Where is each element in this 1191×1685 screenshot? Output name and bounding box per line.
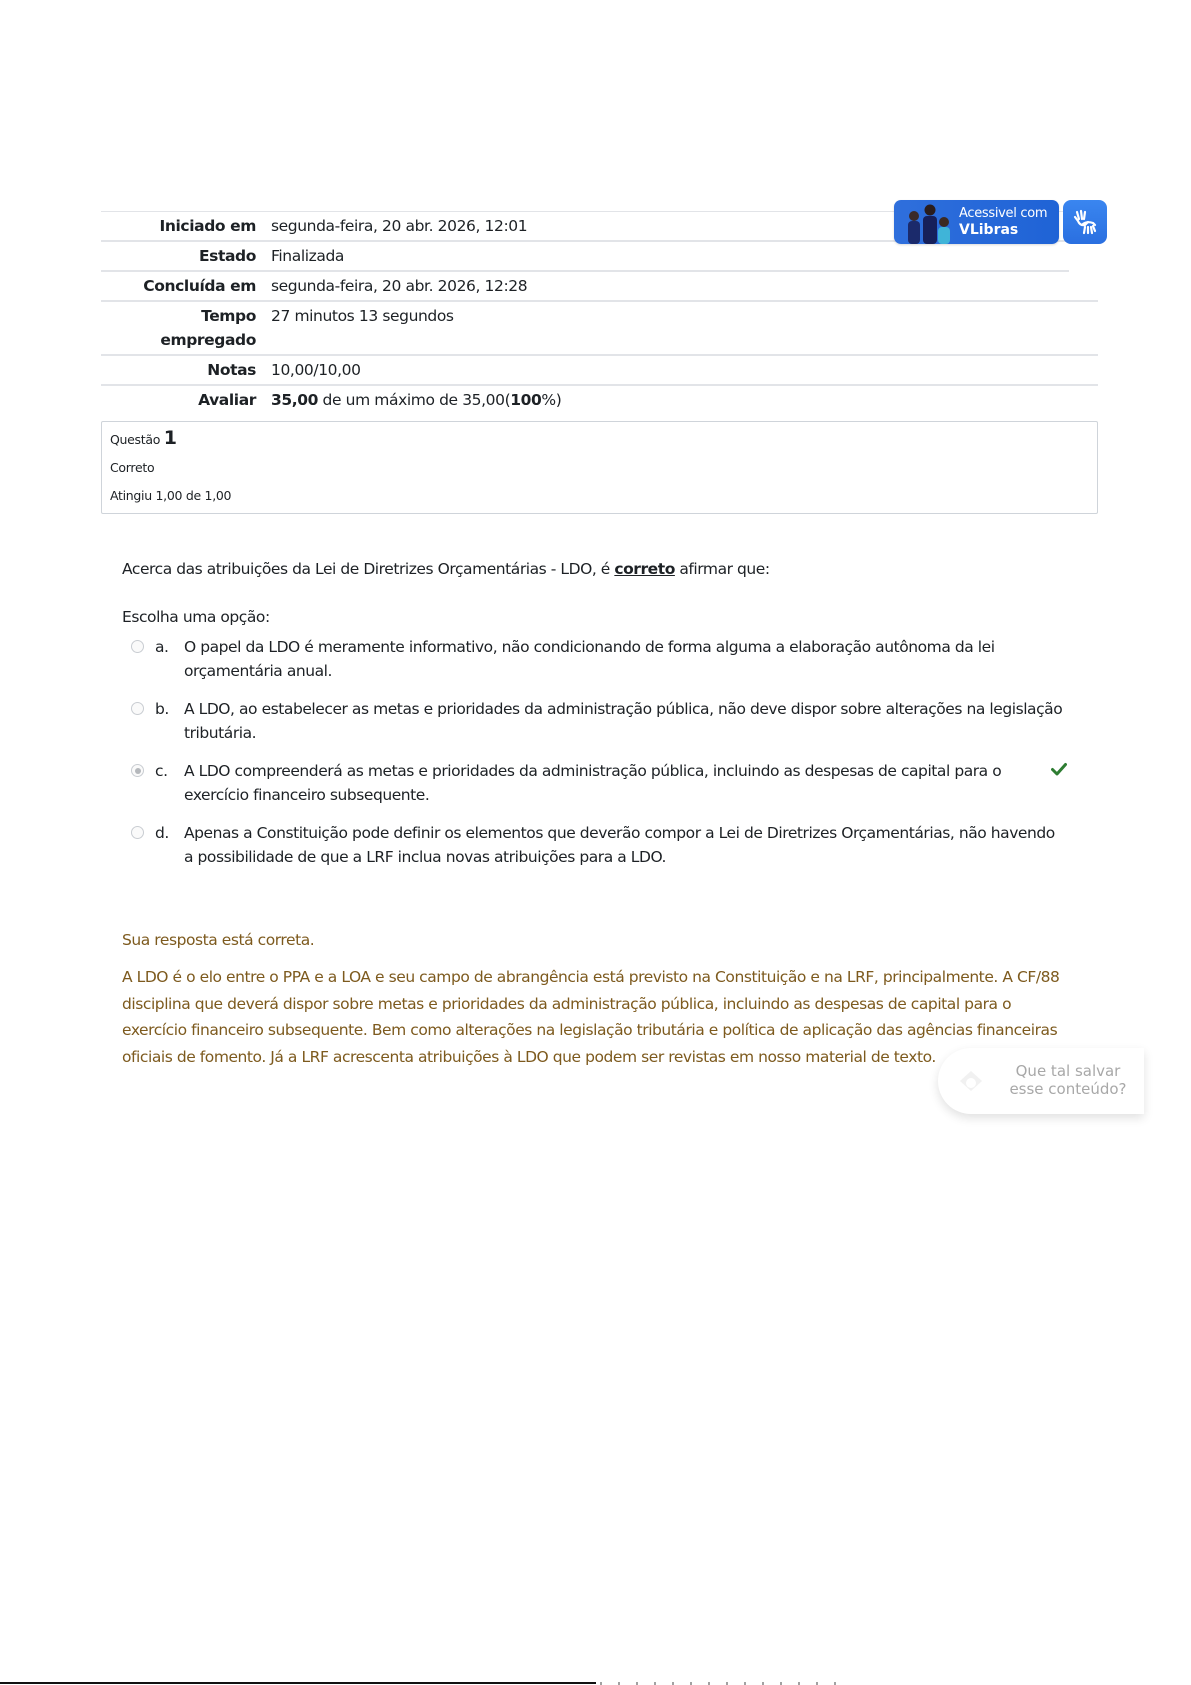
- vlibras-line2: VLibras: [959, 222, 1018, 238]
- correct-check-icon: [1051, 762, 1067, 776]
- page-bottom-divider: [0, 1682, 596, 1684]
- option-text: A LDO compreenderá as metas e prioridade…: [184, 759, 1064, 807]
- question-number-value: 1: [164, 427, 177, 449]
- question-text-part: afirmar que:: [675, 560, 770, 578]
- summary-value: 35,00 de um máximo de 35,00(100%): [271, 386, 1098, 414]
- summary-label: Notas: [101, 356, 271, 384]
- summary-value: Finalizada: [271, 242, 1098, 270]
- option-text: A LDO, ao estabelecer as metas e priorid…: [184, 697, 1064, 745]
- radio-button[interactable]: [131, 702, 144, 715]
- option-letter: a.: [155, 635, 169, 659]
- vlibras-line1: Acessivel com: [959, 206, 1047, 221]
- feedback-explanation: A LDO é o elo entre o PPA e a LOA e seu …: [122, 964, 1062, 1070]
- grade-end: %): [541, 391, 561, 409]
- bookmark-home-icon: [956, 1066, 986, 1096]
- question-text-part: Acerca das atribuições da Lei de Diretri…: [122, 560, 614, 578]
- option-text: O papel da LDO é meramente informativo, …: [184, 635, 1064, 683]
- sign-language-icon: [1071, 208, 1099, 236]
- summary-row-completed: Concluída em segunda-feira, 20 abr. 2026…: [101, 270, 1069, 300]
- question-number: Questão 1: [110, 427, 177, 449]
- vlibras-button[interactable]: Acessivel com VLibras: [894, 200, 1059, 244]
- summary-value: 10,00/10,00: [271, 356, 1098, 384]
- radio-button[interactable]: [131, 826, 144, 839]
- question-grade: Atingiu 1,00 de 1,00: [110, 488, 231, 503]
- summary-label: Estado: [101, 242, 271, 270]
- sign-language-button[interactable]: [1063, 200, 1107, 244]
- summary-label-line2: empregado: [160, 331, 256, 349]
- option-text: Apenas a Constituição pode definir os el…: [184, 821, 1064, 869]
- save-content-widget[interactable]: Que tal salvar esse conteúdo?: [938, 1048, 1144, 1114]
- grade-mid: de um máximo de 35,00(: [318, 391, 510, 409]
- summary-value: segunda-feira, 20 abr. 2026, 12:28: [271, 272, 1069, 300]
- summary-row-grade: Avaliar 35,00 de um máximo de 35,00(100%…: [101, 384, 1098, 414]
- radio-button-selected[interactable]: [131, 764, 144, 777]
- summary-row-time-taken: Tempo empregado 27 minutos 13 segundos: [101, 300, 1098, 354]
- option-letter: d.: [155, 821, 169, 845]
- vlibras-avatars-icon: [902, 202, 958, 244]
- save-line2: esse conteúdo?: [1009, 1080, 1126, 1098]
- save-line1: Que tal salvar: [1016, 1062, 1121, 1080]
- summary-value: 27 minutos 13 segundos: [271, 302, 1098, 354]
- question-text-emphasis: correto: [614, 560, 675, 578]
- summary-label: Avaliar: [101, 386, 271, 414]
- question-text: Acerca das atribuições da Lei de Diretri…: [122, 560, 770, 578]
- option-letter: c.: [155, 759, 168, 783]
- grade-percent: 100: [510, 391, 541, 409]
- question-info-box: Questão 1 Correto Atingiu 1,00 de 1,00: [101, 421, 1098, 514]
- summary-row-grades: Notas 10,00/10,00: [101, 354, 1098, 384]
- question-state: Correto: [110, 460, 154, 475]
- summary-label: Concluída em: [101, 272, 271, 300]
- summary-row-state: Estado Finalizada: [101, 240, 1098, 270]
- grade-score: 35,00: [271, 391, 318, 409]
- question-label: Questão: [110, 432, 160, 447]
- save-content-text: Que tal salvar esse conteúdo?: [998, 1062, 1138, 1098]
- answer-prompt: Escolha uma opção:: [122, 608, 270, 626]
- summary-label: Iniciado em: [101, 212, 271, 240]
- option-letter: b.: [155, 697, 169, 721]
- summary-label: Tempo empregado: [101, 302, 271, 354]
- feedback-status: Sua resposta está correta.: [122, 931, 314, 949]
- radio-button[interactable]: [131, 640, 144, 653]
- summary-label-line1: Tempo: [201, 307, 256, 325]
